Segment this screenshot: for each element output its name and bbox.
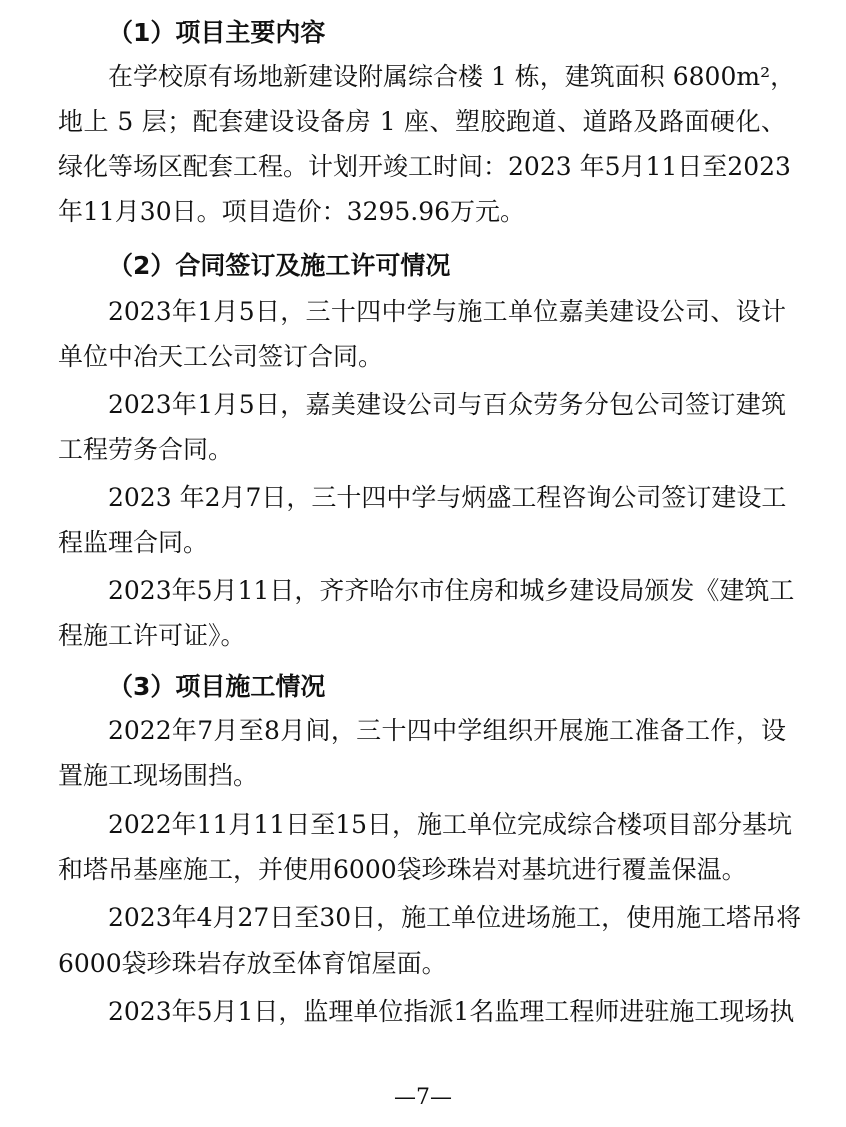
paragraph-line: 程监理合同。 [58, 528, 786, 558]
section-heading-3: （3）项目施工情况 [108, 672, 325, 702]
paragraph-line: 在学校原有场地新建设附属综合楼 1 栋，建筑面积 6800m²， [108, 62, 786, 92]
paragraph-line: 2023年5月1日，监理单位指派1名监理工程师进驻施工现场执 [108, 997, 786, 1027]
paragraph-line: 2023年5月11日，齐齐哈尔市住房和城乡建设局颁发《建筑工 [108, 576, 786, 606]
paragraph-line: 和塔吊基座施工，并使用6000袋珍珠岩对基坑进行覆盖保温。 [58, 855, 786, 885]
page-number: —7— [0, 1085, 846, 1111]
paragraph-line: 2022年11月11日至15日，施工单位完成综合楼项目部分基坑 [108, 810, 786, 840]
section-heading-1: （1）项目主要内容 [108, 18, 325, 48]
paragraph-line: 程施工许可证》。 [58, 621, 786, 651]
paragraph-line: 2023年1月5日，三十四中学与施工单位嘉美建设公司、设计 [108, 297, 786, 327]
paragraph-line: 年11月30日。项目造价：3295.96万元。 [58, 197, 786, 227]
paragraph-line: 2023 年2月7日，三十四中学与炳盛工程咨询公司签订建设工 [108, 483, 786, 513]
paragraph-line: 置施工现场围挡。 [58, 761, 786, 791]
paragraph-line: 2022年7月至8月间，三十四中学组织开展施工准备工作，设 [108, 716, 786, 746]
paragraph-line: 地上 5 层；配套建设设备房 1 座、塑胶跑道、道路及路面硬化、 [58, 107, 786, 137]
section-heading-2: （2）合同签订及施工许可情况 [108, 251, 450, 281]
paragraph-line: 2023年4月27日至30日，施工单位进场施工，使用施工塔吊将 [108, 903, 786, 933]
paragraph-line: 2023年1月5日，嘉美建设公司与百众劳务分包公司签订建筑 [108, 390, 786, 420]
paragraph-line: 6000袋珍珠岩存放至体育馆屋面。 [58, 949, 786, 979]
paragraph-line: 工程劳务合同。 [58, 435, 786, 465]
paragraph-line: 单位中冶天工公司签订合同。 [58, 342, 786, 372]
paragraph-line: 绿化等场区配套工程。计划开竣工时间：2023 年5月11日至2023 [58, 152, 786, 182]
